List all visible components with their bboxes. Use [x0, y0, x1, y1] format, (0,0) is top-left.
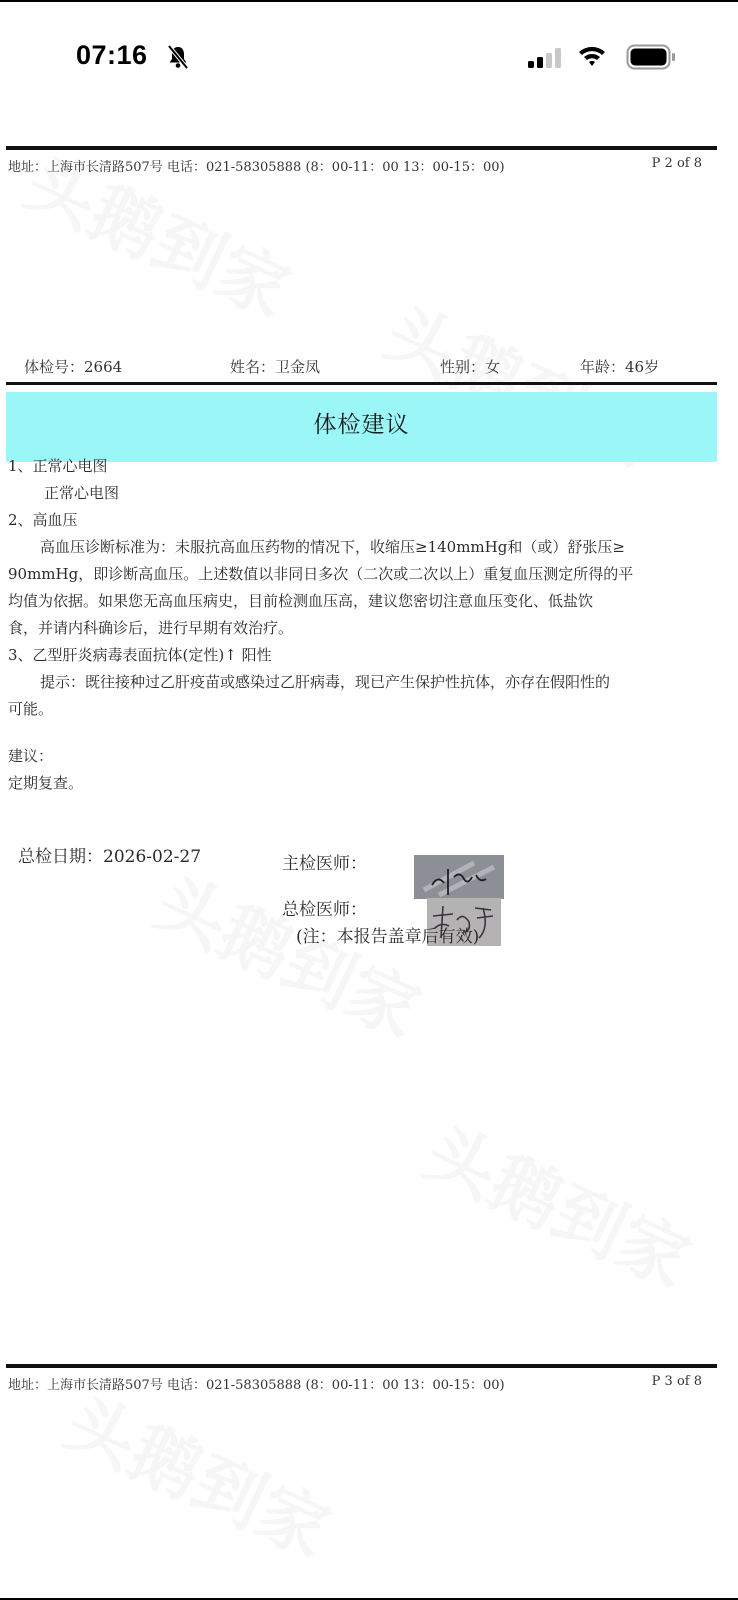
finding-detail: 正常心电图: [8, 480, 720, 507]
footer-rule: [6, 1364, 717, 1368]
advice-label: 建议：: [8, 743, 720, 770]
section-banner: 体检建议: [6, 392, 717, 462]
finding-detail: 均值为依据。如果您无高血压病史，目前检测血压高，建议您密切注意血压变化、低盐饮: [8, 588, 720, 615]
status-bar: 07:16: [0, 2, 738, 102]
validity-note: (注：本报告盖章后有效): [296, 922, 479, 947]
findings-list: 1、正常心电图 正常心电图 2、高血压 高血压诊断标准为：未服抗高血压药物的情况…: [8, 453, 720, 797]
clock: 07:16: [76, 40, 148, 71]
finding-detail: 提示：既往接种过乙肝疫苗或感染过乙肝病毒，现已产生保护性抗体，亦存在假阳性的: [8, 669, 720, 696]
finding-detail: 高血压诊断标准为：未服抗高血压药物的情况下，收缩压≥140mmHg和（或）舒张压…: [8, 534, 720, 561]
finding-detail: 90mmHg，即诊断高血压。上述数值以非同日多次（二次或二次以上）重复血压测定所…: [8, 561, 720, 588]
finding-heading: 3、乙型肝炎病毒表面抗体(定性)↑ 阳性: [8, 642, 720, 669]
advice-text: 定期复查。: [8, 770, 720, 797]
finding-heading: 2、高血压: [8, 507, 720, 534]
wifi-icon: [578, 44, 606, 68]
exam-number: 体检号：2664: [24, 356, 122, 377]
finding-detail: 食，并请内科确诊后，进行早期有效治疗。: [8, 615, 720, 642]
patient-age: 年龄：46岁: [580, 356, 659, 377]
patient-gender: 性别：女: [440, 356, 500, 377]
info-rule: [6, 382, 717, 385]
finding-detail: 可能。: [8, 696, 720, 723]
patient-name: 姓名：卫金凤: [230, 356, 320, 377]
cellular-signal-icon: [528, 48, 562, 68]
silent-bell-icon: [166, 44, 190, 70]
footer-address: 地址：上海市长清路507号 电话：021-58305888 (8：00-11：0…: [8, 1374, 505, 1393]
finding-heading: 1、正常心电图: [8, 453, 720, 480]
general-examiner-label: 总检医师：: [282, 895, 367, 920]
section-title: 体检建议: [6, 406, 717, 439]
header-address: 地址：上海市长清路507号 电话：021-58305888 (8：00-11：0…: [8, 156, 505, 175]
chief-examiner-signature: [414, 855, 504, 899]
footer-page-number: P 3 of 8: [652, 1374, 702, 1389]
header-page-number: P 2 of 8: [652, 156, 702, 171]
watermark: 头鹅到家: [52, 1368, 348, 1578]
watermark: 头鹅到家: [142, 848, 438, 1058]
chief-examiner-label: 主检医师：: [282, 849, 367, 874]
header-rule: [6, 146, 717, 150]
battery-icon: [626, 44, 676, 70]
watermark: 头鹅到家: [412, 1098, 708, 1308]
exam-date: 总检日期：2026-02-27: [18, 842, 201, 867]
